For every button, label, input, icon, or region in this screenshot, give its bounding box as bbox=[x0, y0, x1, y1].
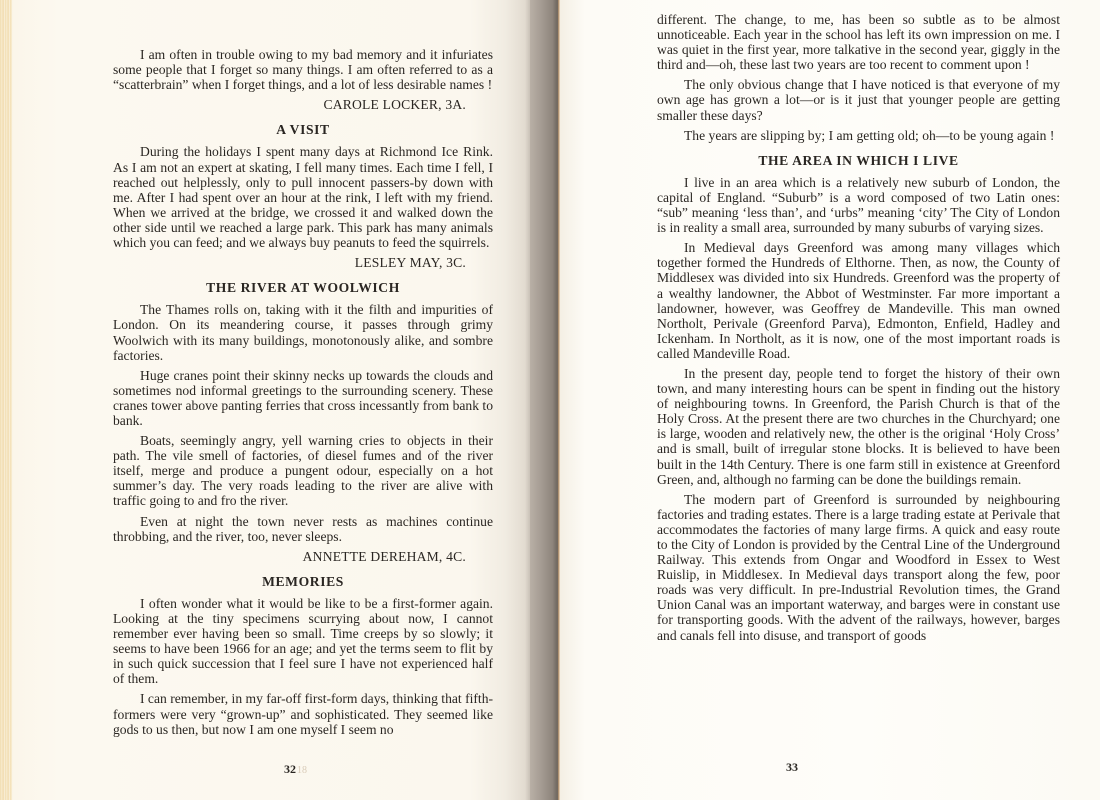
article-heading: A VISIT bbox=[113, 122, 493, 137]
author-signature: LESLEY MAY, 3C. bbox=[113, 255, 466, 270]
left-page-number: 3218 bbox=[284, 762, 307, 777]
body-paragraph: Even at night the town never rests as ma… bbox=[113, 514, 493, 544]
right-page-number: 33 bbox=[786, 760, 798, 775]
book-spread: I am often in trouble owing to my bad me… bbox=[0, 0, 1100, 800]
body-paragraph: In the present day, people tend to forge… bbox=[657, 366, 1060, 487]
body-paragraph: I can remember, in my far-off first-form… bbox=[113, 691, 493, 736]
right-page-text: different. The change, to me, has been s… bbox=[657, 12, 1060, 648]
body-paragraph: I am often in trouble owing to my bad me… bbox=[113, 47, 493, 92]
book-spine-gutter bbox=[530, 0, 560, 800]
body-paragraph: different. The change, to me, has been s… bbox=[657, 12, 1060, 72]
body-paragraph: The only obvious change that I have noti… bbox=[657, 77, 1060, 122]
body-paragraph: The Thames rolls on, taking with it the … bbox=[113, 302, 493, 362]
body-paragraph: The years are slipping by; I am getting … bbox=[657, 128, 1060, 143]
body-paragraph: Boats, seemingly angry, yell warning cri… bbox=[113, 433, 493, 508]
body-paragraph: Huge cranes point their skinny necks up … bbox=[113, 368, 493, 428]
author-signature: ANNETTE DEREHAM, 4C. bbox=[113, 549, 466, 564]
body-paragraph: The modern part of Greenford is surround… bbox=[657, 492, 1060, 643]
body-paragraph: I often wonder what it would be like to … bbox=[113, 596, 493, 687]
left-page: I am often in trouble owing to my bad me… bbox=[0, 0, 530, 800]
author-signature: CAROLE LOCKER, 3A. bbox=[113, 97, 466, 112]
faint-bleed-through-number: 18 bbox=[297, 765, 307, 776]
page-number-33: 33 bbox=[786, 760, 798, 774]
body-paragraph: In Medieval days Greenford was among man… bbox=[657, 240, 1060, 361]
article-heading: THE AREA IN WHICH I LIVE bbox=[657, 153, 1060, 168]
page-number-32: 32 bbox=[284, 762, 296, 776]
article-heading: MEMORIES bbox=[113, 574, 493, 589]
article-heading: THE RIVER AT WOOLWICH bbox=[113, 280, 493, 295]
body-paragraph: During the holidays I spent many days at… bbox=[113, 144, 493, 250]
right-page: different. The change, to me, has been s… bbox=[560, 0, 1100, 800]
body-paragraph: I live in an area which is a relatively … bbox=[657, 175, 1060, 235]
left-page-text: I am often in trouble owing to my bad me… bbox=[113, 47, 493, 742]
